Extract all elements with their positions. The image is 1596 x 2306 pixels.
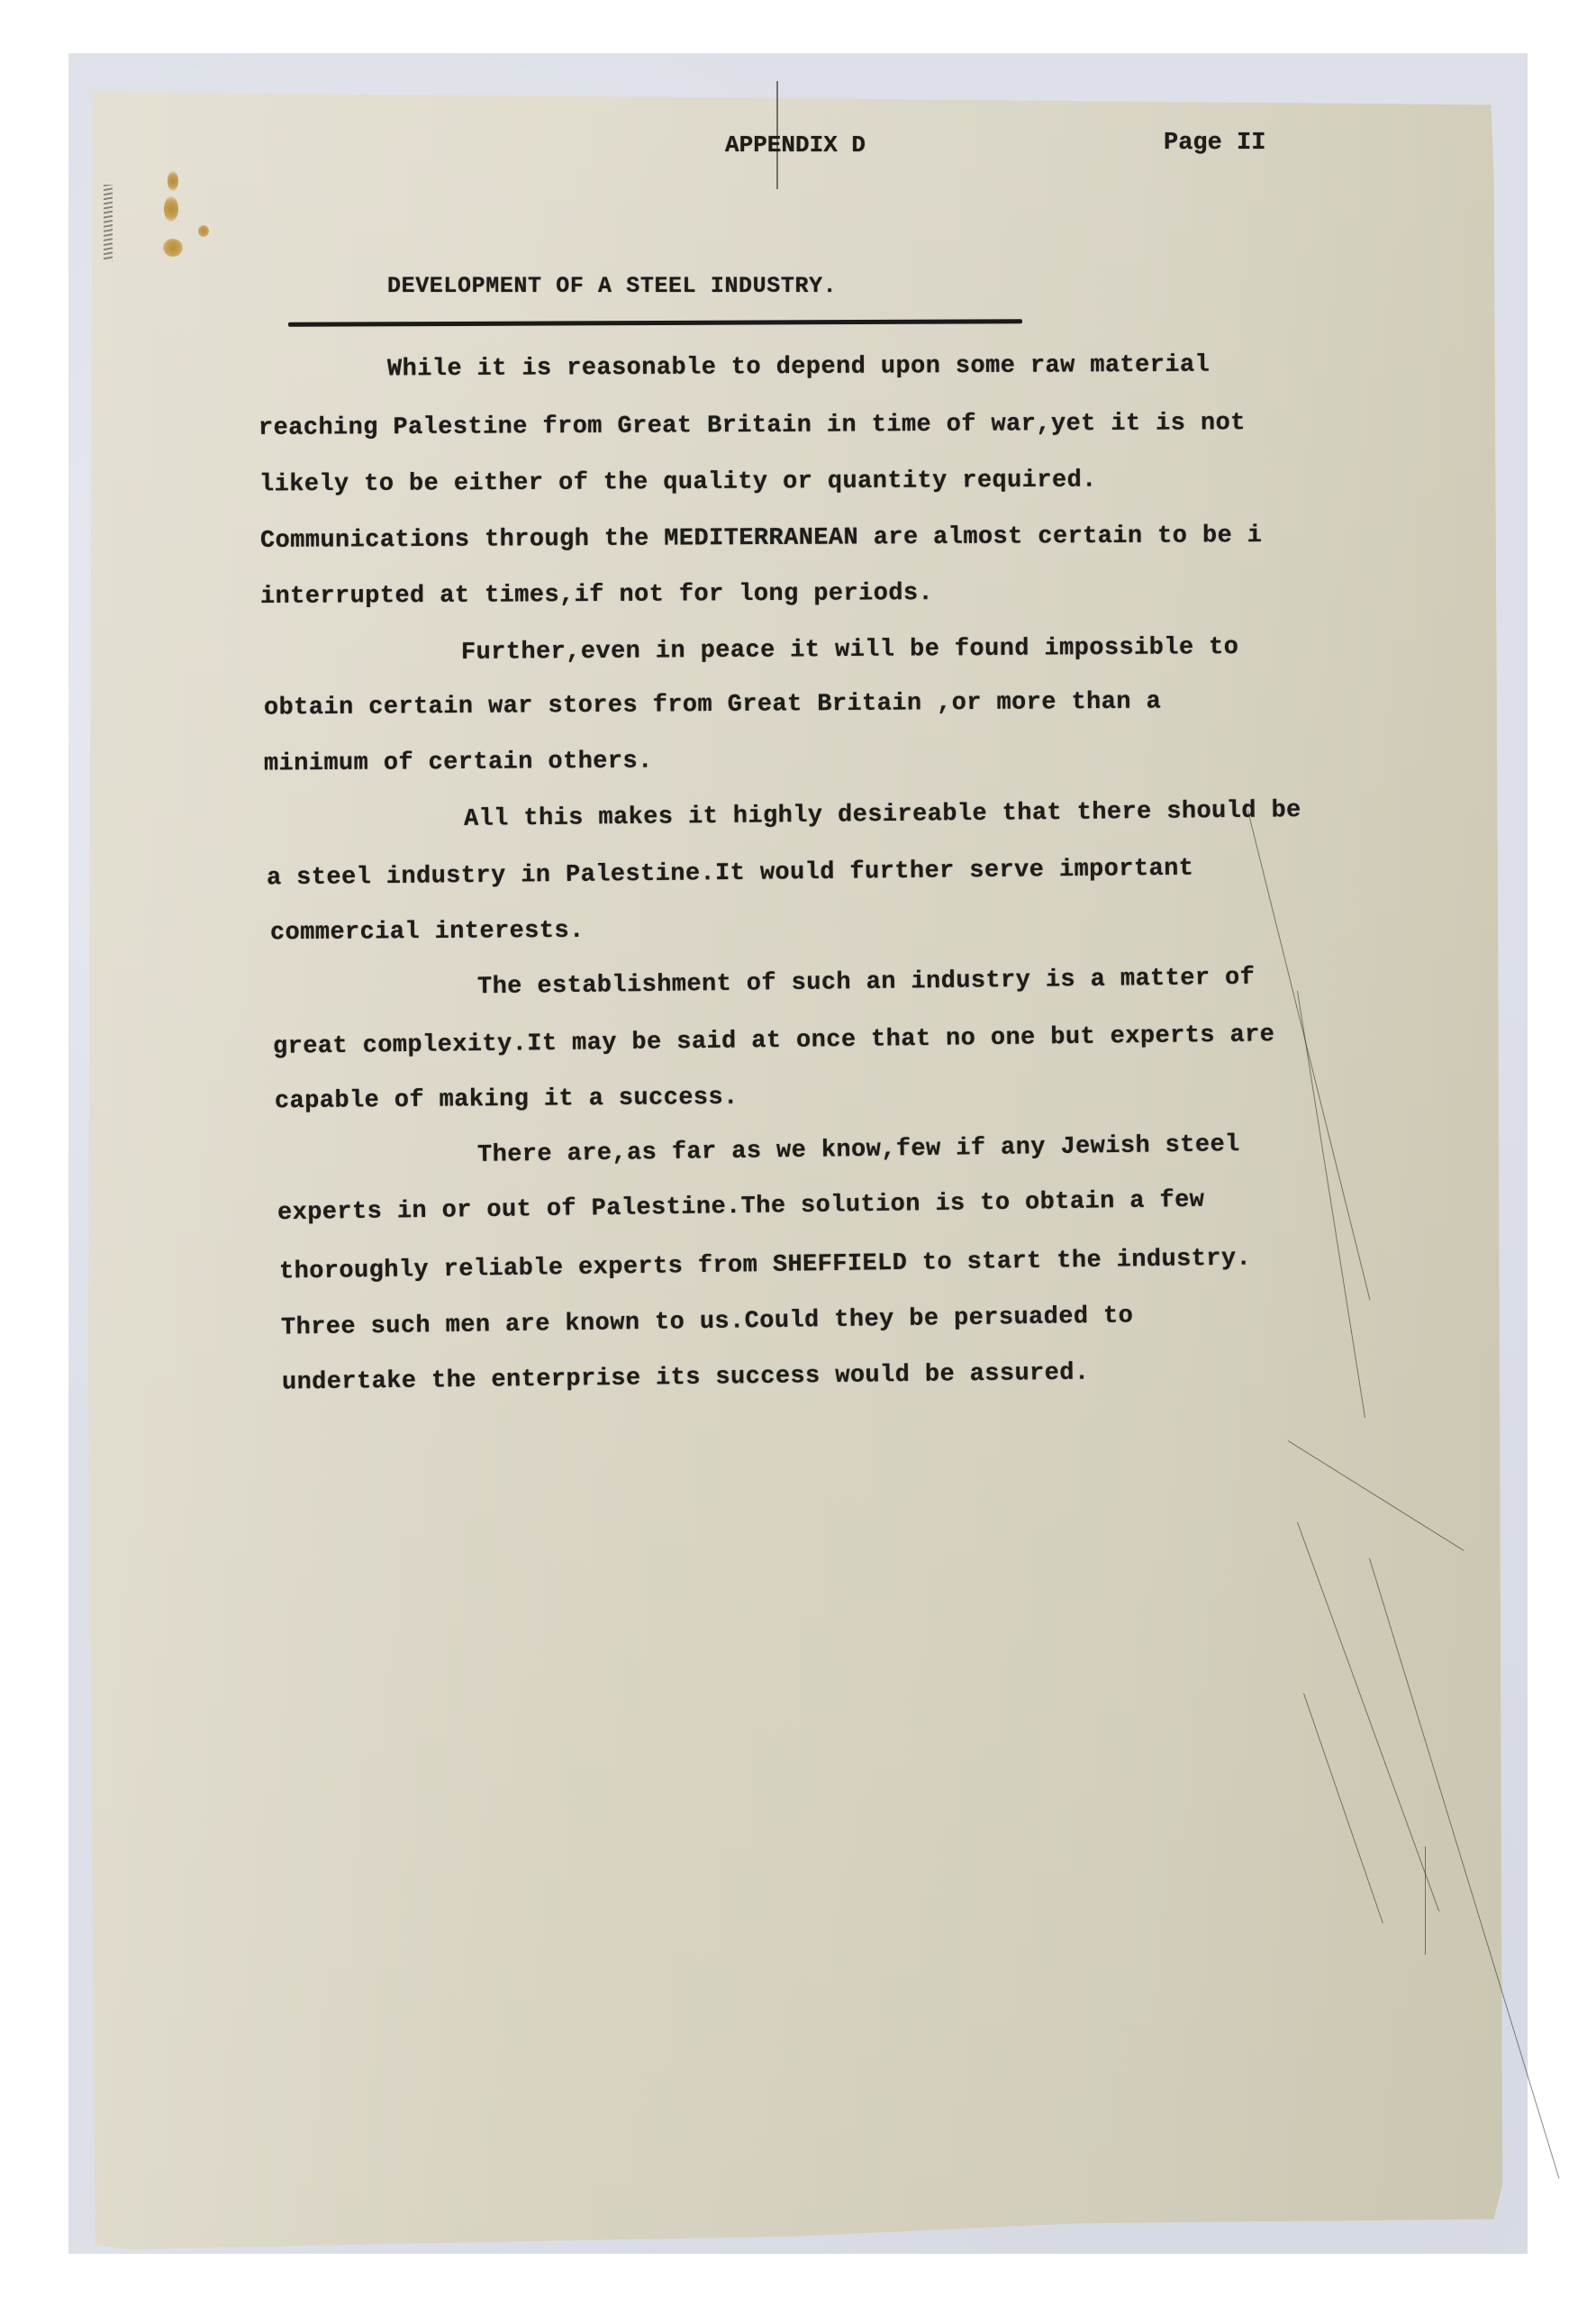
paragraph-line: Communications through the MEDITERRANEAN… bbox=[260, 522, 1263, 555]
paragraph-line: interrupted at times,if not for long per… bbox=[260, 580, 933, 611]
paragraph-line: While it is reasonable to depend upon so… bbox=[387, 352, 1210, 384]
page-number: Page II bbox=[1164, 130, 1265, 157]
paragraph-line: Further,even in peace it will be found i… bbox=[461, 634, 1239, 667]
paragraph-line: The establishment of such an industry is… bbox=[477, 965, 1256, 1002]
title-underline bbox=[288, 319, 1022, 327]
paragraph-line: capable of making it a success. bbox=[275, 1085, 739, 1115]
paragraph-line: There are,as far as we know,few if any J… bbox=[477, 1131, 1240, 1169]
paragraph-line: great complexity.It may be said at once … bbox=[273, 1021, 1275, 1061]
paragraph-line: thoroughly reliable experts from SHEFFIE… bbox=[279, 1245, 1251, 1285]
paragraph-line: likely to be either of the quality or qu… bbox=[259, 468, 1097, 499]
paragraph-line: experts in or out of Palestine.The solut… bbox=[277, 1187, 1205, 1227]
paragraph-line: undertake the enterprise its success wou… bbox=[282, 1360, 1090, 1397]
paragraph-line: obtain certain war stores from Great Bri… bbox=[264, 689, 1161, 722]
paragraph-line: commercial interests. bbox=[270, 918, 585, 947]
paragraph-line: a steel industry in Palestine.It would f… bbox=[267, 856, 1194, 893]
paragraph-line: All this makes it highly desireable that… bbox=[464, 797, 1301, 833]
paragraph-line: Three such men are known to us.Could the… bbox=[281, 1303, 1134, 1341]
document-title: DEVELOPMENT OF A STEEL INDUSTRY. bbox=[387, 273, 837, 299]
paragraph-line: minimum of certain others. bbox=[264, 748, 653, 777]
document-text: APPENDIX D Page II DEVELOPMENT OF A STEE… bbox=[0, 0, 1596, 2306]
paragraph-line: reaching Palestine from Great Britain in… bbox=[258, 410, 1246, 442]
appendix-label: APPENDIX D bbox=[725, 132, 866, 159]
